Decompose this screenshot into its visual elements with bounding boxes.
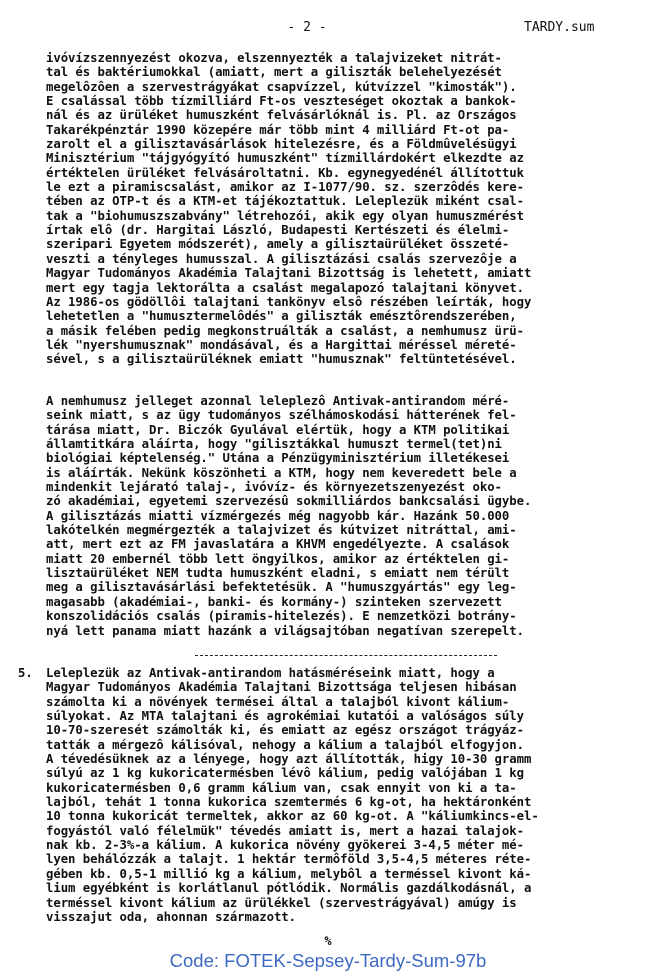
text-line: 10-70-szeresét számolták ki, és emiatt a…: [46, 723, 626, 737]
text-line: lék "nyershumusznak" mondásával, és a Ha…: [46, 338, 626, 352]
text-line: 10 tonna kukoricát termeltek, akkor az 6…: [46, 809, 626, 823]
text-line: A gilisztázás miatti vízmérgezés még nag…: [46, 509, 626, 523]
text-line: biológiai képtelenség." Utána a Pénzügym…: [46, 451, 626, 465]
text-line: le ezt a piramiscsalást, amikor az I-107…: [46, 180, 626, 194]
text-line: magasabb (akadémiai-, banki- és kormány-…: [46, 595, 626, 609]
text-line: terméssel kivont kálium az ürülékkel (sz…: [46, 896, 626, 910]
text-line: a másik felében pedig megkonstruálták a …: [46, 324, 626, 338]
text-line: számolta ki a növények termései által a …: [46, 695, 626, 709]
paragraph-item-5: Leleplezük az Antivak-antirandom hatásmé…: [46, 666, 626, 924]
text-line: lajból, tehát 1 tonna kukorica szemtermé…: [46, 795, 626, 809]
text-line: konszolidációs csalás (piramis-hitelezés…: [46, 609, 626, 623]
text-line: nyá lett panama miatt hazánk a világsajt…: [46, 624, 626, 638]
end-mark: %: [0, 934, 656, 948]
text-line: mindenkit lejárató talaj-, ivóvíz- és kö…: [46, 480, 626, 494]
text-line: Magyar Tudományos Akadémia Talajtani Biz…: [46, 266, 626, 280]
text-line: ivóvízszennyezést okozva, elszennyezték …: [46, 51, 626, 65]
text-line: nál és az ürüléket humuszként felvásárló…: [46, 108, 626, 122]
text-line: Leleplezük az Antivak-antirandom hatásmé…: [46, 666, 626, 680]
text-line: tatták a mérgezô kálisóval, nehogy a kál…: [46, 738, 626, 752]
text-line: lakótelkén megmérgezték a talajvizet és …: [46, 523, 626, 537]
text-line: szeripari Egyetem módszerét), amely a gi…: [46, 237, 626, 251]
text-line: megelôzôen a szervestrágyákat csapvízzel…: [46, 80, 626, 94]
text-line: tak a "biohumuszszabvány" létrehozói, ak…: [46, 209, 626, 223]
text-line: meg a gilisztavásárlási befektetésük. A …: [46, 580, 626, 594]
page-number: - 2 -: [272, 20, 342, 35]
text-line: tárása miatt, Dr. Biczók Gyulával elértü…: [46, 423, 626, 437]
document-code-label: Code: FOTEK-Sepsey-Tardy-Sum-97b: [0, 950, 656, 972]
text-line: miatt 20 embernél több lett öngyilkos, a…: [46, 552, 626, 566]
text-line: A nemhumusz jelleget azonnal leleplezô A…: [46, 394, 626, 408]
text-line: súlyokat. Az MTA talajtani és agrokémiai…: [46, 709, 626, 723]
text-line: lyen behálózzák a talajt. 1 hektár termô…: [46, 852, 626, 866]
text-line: Minisztérium "tájgyógyító humuszként" tí…: [46, 151, 626, 165]
text-line: kukoricatermésben 0,6 gramm kálium van, …: [46, 781, 626, 795]
text-line: veszti a tényleges humusszal. A gilisztá…: [46, 252, 626, 266]
text-line: lehetetlen a "humusztermelôdés" a gilisz…: [46, 309, 626, 323]
text-line: értéktelen ürüléket felvásároltatni. Kb.…: [46, 166, 626, 180]
text-line: visszajut oda, ahonnan származott.: [46, 910, 626, 924]
text-line: sével, s a gilisztaürüléknek emiatt "hum…: [46, 352, 626, 366]
text-line: A tévedésüknek az a lényege, hogy azt ál…: [46, 752, 626, 766]
file-name: TARDY.sum: [524, 20, 594, 35]
text-line: lisztaürüléket NEM tudta humuszként elad…: [46, 566, 626, 580]
text-line: lium egyébként is korlátlanul pótlódik. …: [46, 881, 626, 895]
text-line: államtitkára aláírta, hogy "gilisztákkal…: [46, 437, 626, 451]
list-item-number: 5.: [18, 666, 33, 680]
section-separator: [195, 655, 497, 656]
text-line: Az 1986-os gödöllôi talajtani tankönyv e…: [46, 295, 626, 309]
text-line: is aláírták. Nekünk köszönheti a KTM, ho…: [46, 466, 626, 480]
text-line: Takarékpénztár 1990 közepére már több mi…: [46, 123, 626, 137]
text-line: att, mert ezt az FM javaslatára a KHVM e…: [46, 537, 626, 551]
text-line: tében az OTP-t és a KTM-et tájékoztattuk…: [46, 194, 626, 208]
text-line: gében kb. 0,5-1 millió kg a kálium, mely…: [46, 867, 626, 881]
text-line: nak kb. 2-3%-a kálium. A kukorica növény…: [46, 838, 626, 852]
text-line: tal és baktériumokkal (amiatt, mert a gi…: [46, 65, 626, 79]
text-line: írtak elô (dr. Hargitai László, Budapest…: [46, 223, 626, 237]
text-line: zarolt el a gilisztavásárlások hitelezés…: [46, 137, 626, 151]
text-line: Magyar Tudományos Akadémia Talajtani Biz…: [46, 680, 626, 694]
text-line: fogyástól való félelmük" tévedés amiatt …: [46, 824, 626, 838]
text-line: seink miatt, s az ügy tudományos szélhám…: [46, 408, 626, 422]
paragraph-2: A nemhumusz jelleget azonnal leleplezô A…: [46, 394, 626, 638]
text-line: E csalással több tízmilliárd Ft-os veszt…: [46, 94, 626, 108]
text-line: zó akadémiai, egyetemi szervezésû sokmil…: [46, 494, 626, 508]
paragraph-1: ivóvízszennyezést okozva, elszennyezték …: [46, 51, 626, 367]
text-line: mert egy tagja lektorálta a csalást mega…: [46, 281, 626, 295]
text-line: súlyú az 1 kg kukoricatermésben lévô kál…: [46, 766, 626, 780]
